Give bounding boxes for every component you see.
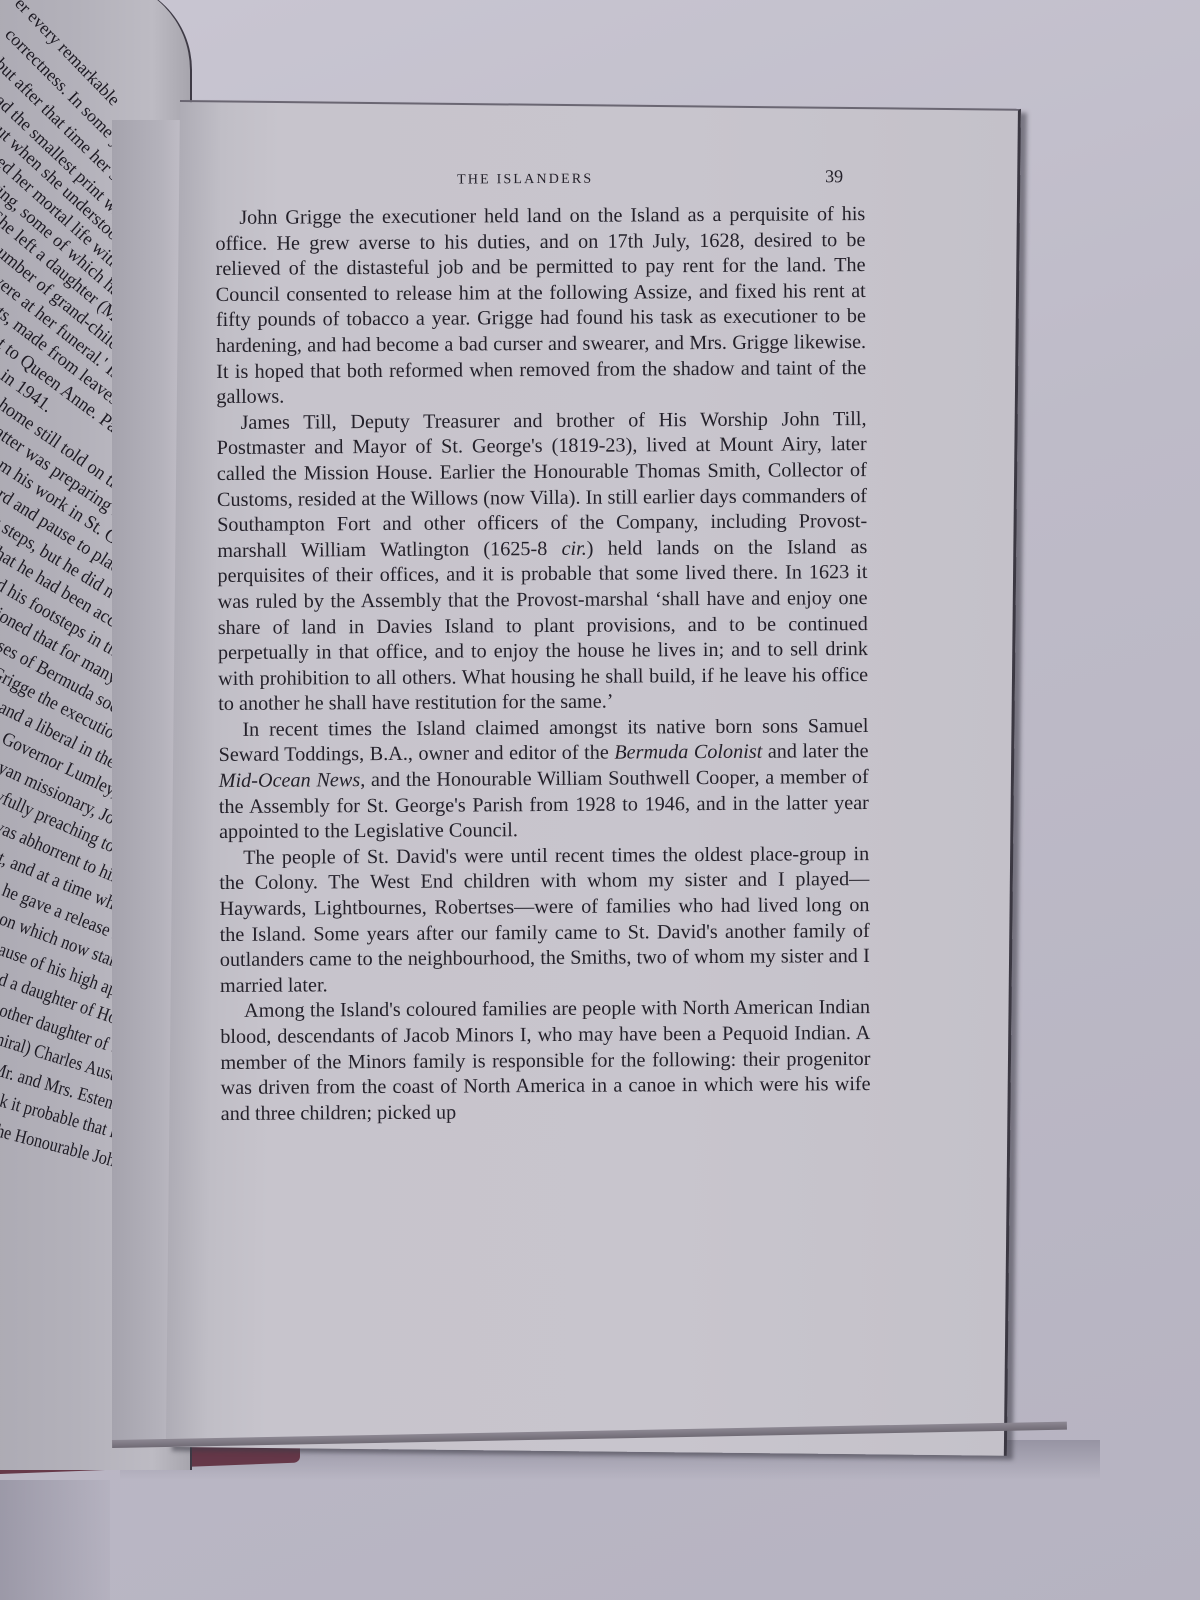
- text-segment: and later the: [762, 740, 868, 763]
- table-shadow-left: [0, 1480, 110, 1600]
- page-number: 39: [825, 166, 843, 187]
- paragraph: Among the Island's coloured families are…: [220, 995, 871, 1127]
- text-segment: Among the Island's coloured families are…: [220, 996, 870, 1124]
- paragraph: James Till, Deputy Treasurer and brother…: [216, 407, 868, 718]
- text-segment: The people of St. David's were until rec…: [219, 843, 870, 997]
- italic-title: cir.: [561, 537, 586, 559]
- text-segment: ) held lands on the Island as perquisite…: [217, 536, 868, 716]
- running-head-title: THE ISLANDERS: [457, 172, 593, 189]
- left-running-head: ERS: [151, 0, 178, 10]
- paragraph: The people of St. David's were until rec…: [219, 842, 870, 1000]
- paragraph: John Grigge the executioner held land on…: [215, 202, 866, 411]
- italic-title: Mid-Ocean News: [219, 769, 361, 792]
- paragraph: In recent times the Island claimed among…: [218, 714, 869, 846]
- body-paragraphs: John Grigge the executioner held land on…: [215, 202, 891, 1127]
- italic-title: Bermuda Colonist: [614, 741, 762, 764]
- running-head: THE ISLANDERS 39: [215, 168, 885, 206]
- text-segment: John Grigge the executioner held land on…: [215, 203, 866, 408]
- right-page-text: THE ISLANDERS 39 John Grigge the executi…: [215, 168, 891, 1127]
